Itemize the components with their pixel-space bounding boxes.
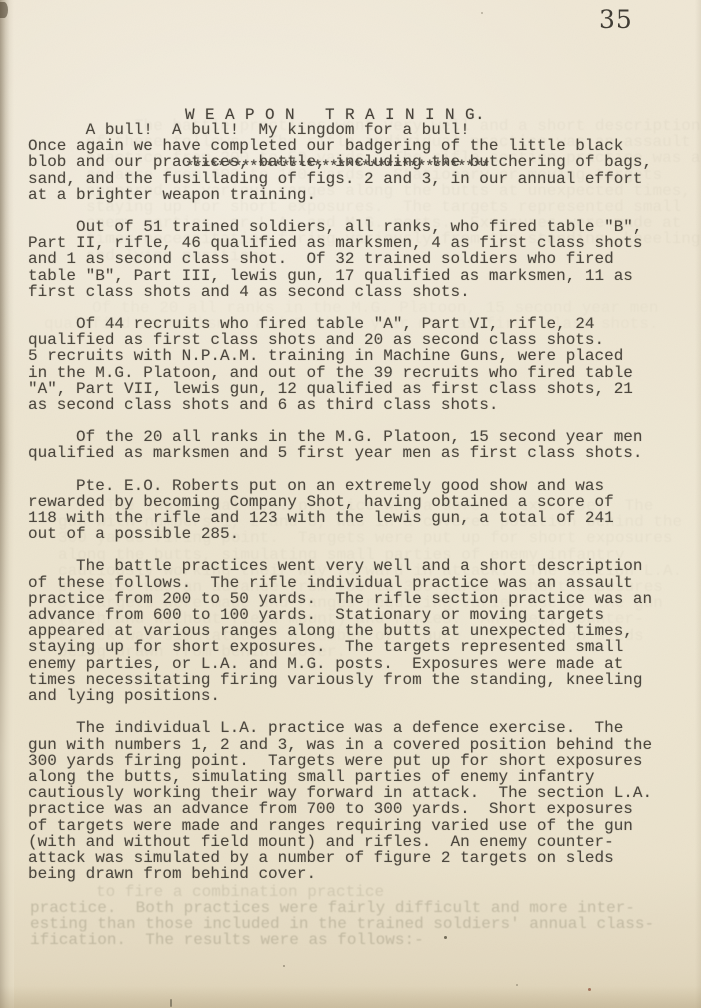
paragraph-2: Out of 51 trained soldiers, all ranks, w… (28, 219, 673, 300)
binding-corner-mark (0, 2, 8, 18)
paragraph-6: The battle practices went very well and … (28, 558, 673, 704)
bottom-page-shadow (0, 986, 701, 1008)
ink-speck (588, 988, 591, 991)
paragraph-4: Of the 20 all ranks in the M.G. Platoon,… (28, 429, 673, 461)
ink-speck (170, 999, 172, 1007)
ink-speck (444, 936, 447, 939)
document-body: A bull! A bull! My kingdom for a bull! O… (28, 122, 673, 898)
paragraph-1: A bull! A bull! My kingdom for a bull! O… (28, 122, 673, 203)
binding-shadow-fade (0, 0, 14, 1008)
paragraph-7: The individual L.A. practice was a defen… (28, 720, 673, 882)
right-page-shadow (695, 0, 701, 1008)
paragraph-3: Of 44 recruits who fired table "A", Part… (28, 316, 673, 413)
ink-speck (283, 965, 285, 967)
scanned-document-page: The battle practices went very well and … (0, 0, 701, 1008)
page-number: 35 (599, 6, 633, 34)
ink-speck (481, 12, 483, 14)
paragraph-5: Pte. E.O. Roberts put on an extremely go… (28, 478, 673, 543)
bleedthrough-text: practice. Both practices were fairly dif… (30, 900, 654, 949)
ink-speck (516, 984, 518, 986)
